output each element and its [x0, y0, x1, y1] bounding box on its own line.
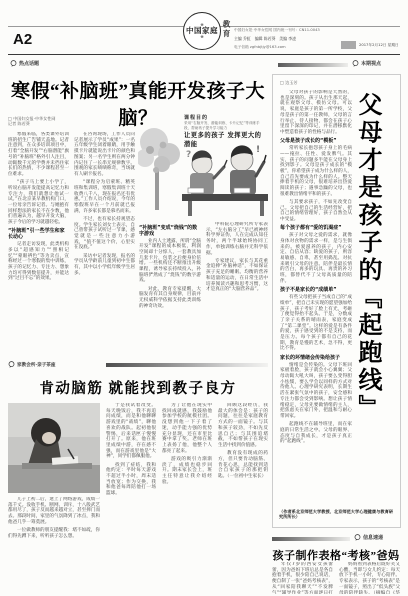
brief-tag: 信息速递 — [354, 534, 383, 541]
hot-topic-tag: 热点话题 — [10, 60, 39, 67]
date-marker-box — [341, 41, 356, 49]
column-subhead: 孩子不是家长的“成绩单” — [280, 287, 352, 293]
body-paragraph: 中科院心理研究所专家表示，“左右脑分工”早已被神经科学界证伪，人在完成认知任务时… — [206, 222, 268, 256]
salon-column-a: 儿子上初二后，迷上了网络游戏，成绩一落千丈。没收手机、断网、训斥，十八般武艺都用… — [8, 497, 100, 591]
body-paragraph: 记者走访发现，此类机构多以“超感知力”“照相记忆”“蒙眼辨色”等为卖点，宣称经过… — [8, 242, 69, 282]
date-line: 2017年2月12日 星期日 — [359, 43, 399, 48]
column-subhead: “补脑班”变成“烧钱”的数字游戏 — [139, 225, 201, 237]
salon-divider-bar — [106, 363, 268, 367]
body-paragraph: 游戏的吸引力渐渐淡了，成绩也稳步回升。期末家长会上，班主任特意让我介绍经验。 — [162, 457, 212, 486]
body-paragraph: 回顾这段经历，我最大的体会是：孩子的问题，往往是家庭教育方式的一面镜子。与其和孩… — [218, 403, 268, 449]
body-paragraph: 与其要求孩子，不如先改变自己。父母把自己的生活经营好，把自己的情绪管理好，孩子自… — [280, 200, 352, 223]
ad-slogan: 让更多的孩子 发挥更大的潜能 — [184, 130, 268, 148]
viewpoint-byline: □ 边玉芳 — [280, 80, 297, 85]
ad-title: 课程目的 — [184, 114, 208, 121]
masthead-info: 中国妇女报·中华女性网 国内统一刊号：CN11-0043 主编 乔虹 编辑 陈若… — [234, 28, 344, 49]
body-paragraph: 情绪是会传染的。父母下班回家板着脸，孩子就会小心翼翼；父母动辄大吼大叫，孩子要么… — [280, 363, 352, 420]
viewpoint-vertical-headline: 父母才是孩子的『起跑线』 — [355, 92, 379, 522]
salon-tag: 家教会所·亲子茶座 — [8, 361, 56, 368]
newspaper-page: A2 ❀ 中国家庭 ❀ 教育 中国妇女报·中华女性网 国内统一刊号：CN11-0… — [0, 0, 408, 596]
logo-ornament-bottom: ❀ — [200, 35, 203, 39]
body-paragraph: 业内人士透露，所谓“全脑开发”课程的成本极低，利润空间却十分惊人，一套教具加几套… — [139, 239, 201, 285]
brief-column-2: 妈妈看到表格后既好笑又心酸，当即与女儿约定：每天放下手机一小时，专心陪伴。专家表… — [339, 562, 400, 594]
viewpoint-divider-bar — [278, 63, 348, 67]
viewpoint-author-note: （作者系北京师范大学教授、北京师范大学心理健康与教育研究所所长） — [279, 509, 393, 520]
brief-tag-label: 信息速递 — [363, 534, 383, 541]
body-paragraph: 常听家长抱怨孩子身上的毛病——拖拉、任性、爱发脾气。其实，孩子的问题多半能在父母… — [280, 146, 352, 197]
speech-bubble-icon — [10, 60, 17, 67]
masthead-info-line1: 中国妇女报·中华女性网 国内统一刊号：CN11-0043 — [234, 28, 344, 33]
column-subhead: 每个孩子都有“爱的饥渴症” — [280, 225, 352, 231]
hot-topic-tag-label: 热点话题 — [19, 60, 39, 67]
body-paragraph: 为了让他在现实中找回成就感，我鼓励他参加学校的航模社团。没想到他一下子着了迷，动… — [162, 403, 212, 454]
body-paragraph: 有些父母把孩子当成自己的“成绩单”，把自己未实现的愿望强加给孩子，孩子考好了脸上… — [280, 295, 352, 352]
svg-text:?: ? — [186, 150, 191, 160]
brain-class-illustration: ? ! 课程目的 采用“右脑开发、潜能训练、卡片记忆”等训练手段，帮助孩子提升学… — [138, 112, 268, 218]
body-paragraph: 找到了症结，我和他约定：平时每天游戏不超过半小时，周末适当放宽；作为交换，我和他… — [106, 463, 156, 497]
child-at-desk-photo — [8, 403, 100, 493]
body-paragraph: “课程分为启蒙班、精英班和集训班，寒假集训班十天收费八千八，现在报名还有优惠。”… — [74, 180, 135, 214]
page-number: A2 — [13, 31, 32, 48]
body-paragraph: 儿子上初二后，迷上了网络游戏，成绩一落千丈。没收手机、断网、训斥，十八般武艺都用… — [8, 497, 100, 526]
salon-column-d: 回顾这段经历，我最大的体会是：孩子的问题，往往是家庭教育方式的一面镜子。与其和孩… — [218, 403, 268, 591]
brief-column-1: 年仅7岁的西安女孩蕾蕾，因为爸妈下班后总是各自抱着手机，很少陪自己说话，便自制了… — [272, 562, 333, 594]
body-paragraph: 于是我试着改变。每天晚饭后，我不再追问成绩，而是和他聊聊游戏里的“战绩”，聊他喜… — [106, 403, 156, 460]
speech-bubble-icon — [354, 534, 361, 541]
body-paragraph: 不过，也有家长持观望态度。学生家长刘女士表示，自己曾带孩子试听过一节课，感觉就是… — [74, 217, 135, 251]
hot-topic-column-1: 寒假来临，各类课外培训班的招生广告铺天盖地。记者注意到，在众多培训项目中，打着“… — [8, 132, 69, 355]
body-paragraph: 年仅7岁的西安女孩蕾蕾，因为爸妈下班后总是各自抱着手机，很少陪自己说话，便自制了… — [272, 562, 333, 594]
body-paragraph: “孩子马上要上小学了，听说右脑开发能提高记忆力和专注力，我们就想让他试一试。”在… — [8, 180, 69, 226]
salon-column-b: 于是我试着改变。每天晚饭后，我不再追问成绩，而是和他聊聊游戏里的“战绩”，聊他喜… — [106, 403, 156, 591]
hot-topic-column-4: 中科院心理研究所专家表示，“左右脑分工”早已被神经科学界证伪，人在完成认知任务时… — [206, 222, 268, 355]
body-paragraph: 教育没有现成的药方，但只要肯动脑筋、肯花心思，总能找到适合自家孩子的那把钥匙。（… — [218, 451, 268, 480]
body-paragraph: 在咨询现场，工作人员向记者展示了学员“成果”：一名五年级学生闭着眼睛，用手触摸卡… — [74, 132, 135, 178]
speech-bubble-icon — [352, 60, 359, 67]
column-subhead: 家长的坏情绪会传染给孩子 — [280, 355, 352, 361]
salon-column-c: 为了让他在现实中找回成就感，我鼓励他参加学校的航模社团。没想到他一下子着了迷，动… — [162, 403, 212, 591]
body-paragraph: 父母对孩子的影响是天然的，也是深刻的。孩子从出生那天起，就在观察父母、模仿父母。… — [280, 90, 352, 136]
salon-tag-label: 家教会所·亲子茶座 — [17, 362, 56, 368]
masthead-info-line2: 主编 乔虹 编辑 陈若葵 美编 李凌 — [234, 36, 344, 42]
viewpoint-tag-label: 本期视点 — [361, 60, 381, 67]
newspaper-logo: ❀ 中国家庭 ❀ — [183, 12, 221, 50]
hot-topic-column-2: 在咨询现场，工作人员向记者展示了学员“成果”：一名五年级学生闭着眼睛，用手触摸卡… — [74, 132, 135, 355]
body-paragraph: 孩子对父母之爱的需求，就像身体对食物的需求一样，是与生俱来的。被爱滋养的孩子，内… — [280, 233, 352, 284]
body-paragraph: 对此，教育专家提醒，大脑发育有其自身规律，目前并无权威科学依据支持此类训练的神奇… — [139, 287, 201, 310]
hot-topic-column-3: “补脑班”变成“烧钱”的数字游戏业内人士透露，所谓“全脑开发”课程的成本极低，利… — [139, 222, 201, 355]
body-paragraph: 妈妈看到表格后既好笑又心酸，当即与女儿约定：每天放下手机一小时，专心陪伴。专家表… — [339, 562, 400, 594]
brief-divider-bar — [272, 537, 350, 541]
body-paragraph: 专家建议，家长与其花重金追捧“补脑神话”，不如保证孩子充足的睡眠、均衡的营养和适… — [206, 259, 268, 293]
body-paragraph: 一位做教师的朋友提醒我：堵不如疏，你们得先蹲下来，听听孩子怎么想。 — [8, 528, 100, 539]
logo-subtitle: 教育 — [221, 20, 232, 39]
salon-headline: 肯动脑筋 就能找到教子良方 — [8, 377, 268, 398]
speech-bubble-icon — [8, 361, 15, 368]
column-subhead: “补脑班”引一些学生和家长动心 — [8, 228, 69, 240]
masthead-info-line3: 电子信箱 zgfnbjtjy@163.com — [234, 45, 344, 50]
byline-line2: 记者 陈若葵 — [8, 121, 70, 126]
masthead-bottom-rule — [8, 54, 400, 55]
viewpoint-tag: 本期视点 — [352, 60, 381, 67]
main-byline: □ 中国妇女报·中华女性网 记者 陈若葵 — [8, 116, 70, 127]
column-subhead: 父母是孩子成长的“模板” — [280, 138, 352, 144]
body-paragraph: 采访中记者发现，报名的学员从学龄前儿童到初中生都有，其中以小学低年级学生居多。 — [74, 254, 135, 277]
body-paragraph: 寒假来临，各类课外培训班的招生广告铺天盖地。记者注意到，在众多培训项目中，打着“… — [8, 132, 69, 178]
body-paragraph: 起跑线不在辅导班里，而在家庭的日常生活之中。父母的眼界、态度与自我成长，才是孩子… — [280, 422, 352, 445]
brief-headline: 孩子制作表格“考核”爸妈 — [272, 547, 400, 563]
viewpoint-body: 父母对孩子的影响是天然的，也是深刻的。孩子从出生那天起，就在观察父母、模仿父母。… — [280, 90, 352, 508]
